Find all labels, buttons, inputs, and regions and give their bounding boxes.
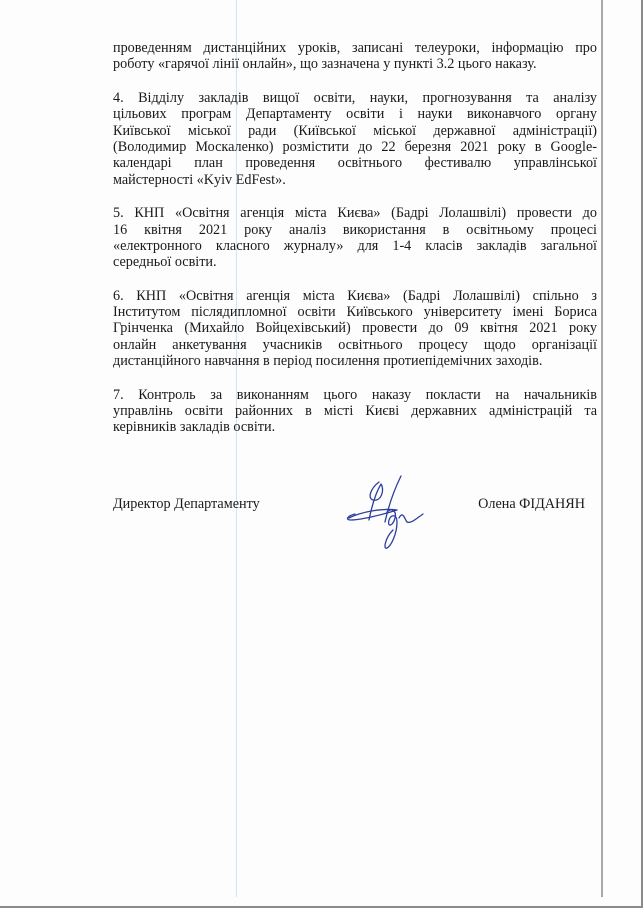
text-line: онлайн анкетування учасників освітнього … [113, 337, 597, 353]
text-line: роботу «гарячої лінії онлайн», що зазнач… [113, 56, 597, 72]
text-line: 5. КНП «Освітня агенція міста Києва» (Ба… [113, 205, 597, 221]
signature-block: Директор Департаменту Олена ФІДАНЯН [113, 496, 597, 556]
signatory-title: Директор Департаменту [113, 496, 260, 513]
text-line: керівників закладів освіти. [113, 419, 597, 435]
text-line: дистанційного навчання в період посиленн… [113, 353, 597, 369]
page-edge-line [601, 0, 603, 897]
text-line: 7. Контроль за виконанням цього наказу п… [113, 387, 597, 403]
text-line: майстерності «Kyiv EdFest». [113, 172, 597, 188]
paragraph-item-4: 4. Відділу закладів вищої освіти, науки,… [113, 90, 597, 188]
paragraph-item-6: 6. КНП «Освітня агенція міста Києва» (Ба… [113, 288, 597, 370]
text-line: календарі план проведення освітнього фес… [113, 155, 597, 171]
text-line: 4. Відділу закладів вищої освіти, науки,… [113, 90, 597, 106]
text-line: 6. КНП «Освітня агенція міста Києва» (Ба… [113, 288, 597, 304]
handwritten-signature-icon [341, 474, 441, 554]
paragraph-item-5: 5. КНП «Освітня агенція міста Києва» (Ба… [113, 205, 597, 271]
text-line: проведенням дистанційних уроків, записан… [113, 40, 597, 56]
document-body: проведенням дистанційних уроків, записан… [113, 40, 597, 453]
paragraph-continuation: проведенням дистанційних уроків, записан… [113, 40, 597, 73]
text-line: Київської міської ради (Київської місько… [113, 123, 597, 139]
text-line: Грінченка (Михайло Войцехівський) провес… [113, 320, 597, 336]
text-line: 16 квітня 2021 року аналіз використання … [113, 222, 597, 238]
text-line: (Володимир Москаленко) розмістити до 22 … [113, 139, 597, 155]
text-line: цільових програм Департаменту освіти і н… [113, 106, 597, 122]
text-line: Інститутом післядипломної освіти Київськ… [113, 304, 597, 320]
text-line: управлінь освіти районних в місті Києві … [113, 403, 597, 419]
text-line: середньої освіти. [113, 254, 597, 270]
text-line: «електронного класного журналу» для 1-4 … [113, 238, 597, 254]
signatory-name: Олена ФІДАНЯН [478, 496, 585, 513]
paragraph-item-7: 7. Контроль за виконанням цього наказу п… [113, 387, 597, 436]
